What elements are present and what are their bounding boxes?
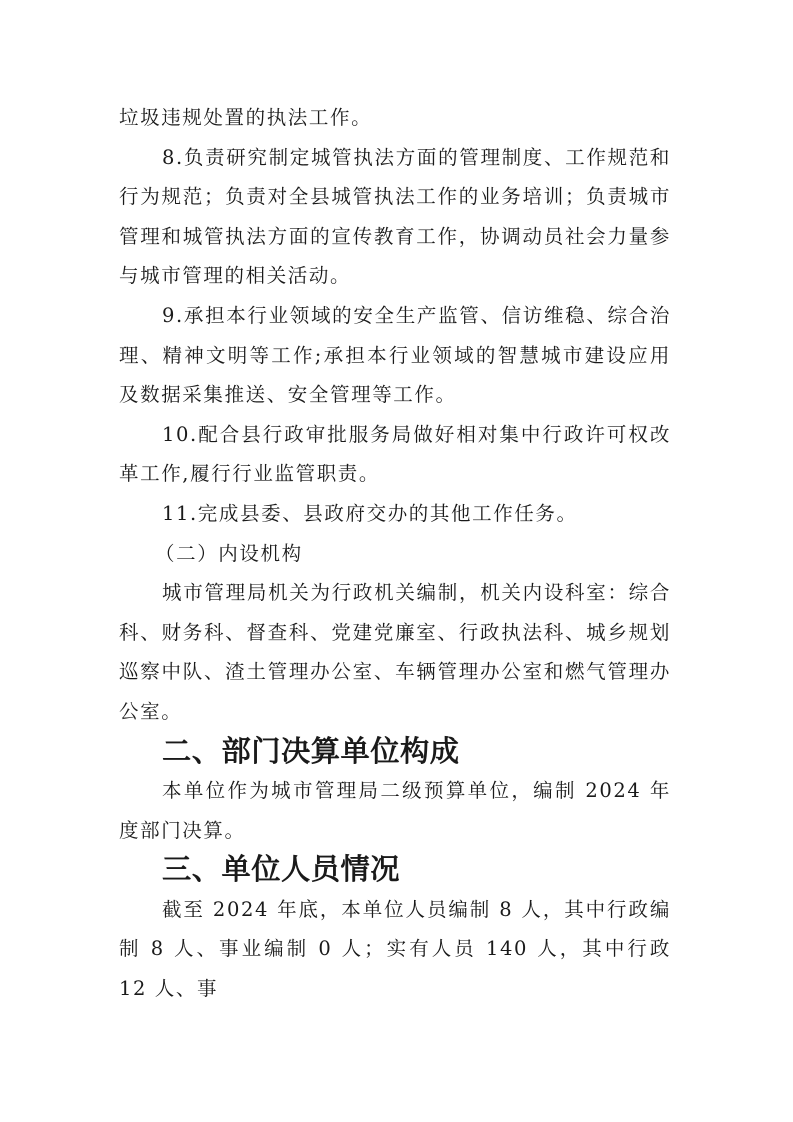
section-heading-unit-composition: 二、部门决算单位构成 (119, 732, 671, 772)
list-item-11: 11.完成县委、县政府交办的其他工作任务。 (119, 494, 671, 534)
list-item-8: 8.负责研究制定城管执法方面的管理制度、工作规范和行为规范；负责对全县城管执法工… (119, 138, 671, 296)
paragraph-unit-composition: 本单位作为城市管理局二级预算单位，编制 2024 年度部门决算。 (119, 771, 671, 850)
section-heading-staffing: 三、单位人员情况 (119, 850, 671, 890)
list-item-9: 9.承担本行业领域的安全生产监管、信访维稳、综合治理、精神文明等工作;承担本行业… (119, 296, 671, 415)
paragraph-continuation: 垃圾违规处置的执法工作。 (119, 98, 671, 138)
document-page: 垃圾违规处置的执法工作。 8.负责研究制定城管执法方面的管理制度、工作规范和行为… (119, 98, 671, 1009)
list-item-10: 10.配合县行政审批服务局做好相对集中行政许可权改革工作,履行行业监管职责。 (119, 415, 671, 494)
paragraph-internal-departments: 城市管理局机关为行政机关编制，机关内设科室：综合科、财务科、督查科、党建党廉室、… (119, 573, 671, 731)
subheading-internal-structure: （二）内设机构 (119, 534, 671, 574)
paragraph-staffing: 截至 2024 年底，本单位人员编制 8 人，其中行政编制 8 人、事业编制 0… (119, 890, 671, 1009)
